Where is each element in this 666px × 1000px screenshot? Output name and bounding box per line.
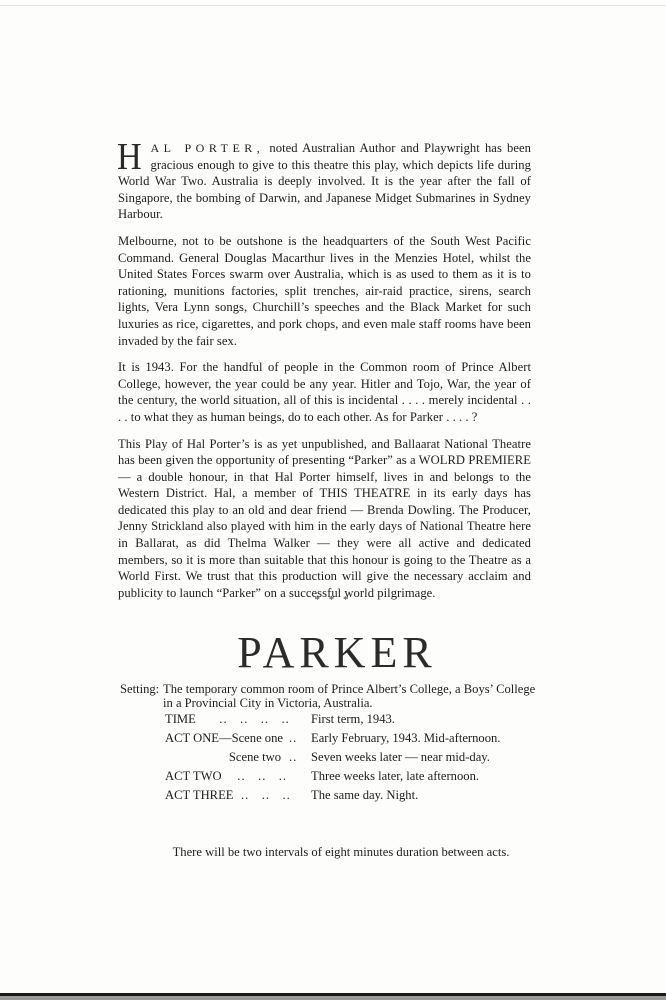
setting-label: Setting: [120,683,159,697]
schedule-value: First term, 1943. [311,711,395,727]
intro-paragraph-3: It is 1943. For the handful of people in… [118,359,531,425]
leader-dots: .. [289,730,297,746]
page-bottom-shadow [0,996,666,1000]
intervals-note: There will be two intervals of eight min… [0,845,666,860]
schedule-label: Scene two [165,749,281,765]
schedule-row-act-one-scene-two: Scene two .. Seven weeks later — near mi… [165,749,565,768]
intro-text-column: HAL PORTER, noted Australian Author and … [118,140,531,611]
leader-dots: .. .. .. [229,768,287,784]
author-name-spaced: AL PORTER, [151,141,265,155]
page-top-edge [0,5,666,6]
schedule-row-time: TIME .. .. .. .. First term, 1943. [165,711,565,730]
act-schedule: TIME .. .. .. .. First term, 1943. ACT O… [165,711,565,806]
schedule-row-act-three: ACT THREE .. .. .. The same day. Night. [165,787,565,806]
leader-dots: .. .. .. .. [211,711,290,727]
leader-dots: .. [289,749,297,765]
schedule-value: Seven weeks later — near mid-day. [311,749,490,765]
intro-paragraph-4: This Play of Hal Porter’s is as yet unpu… [118,436,531,602]
setting-block: Setting: The temporary common room of Pr… [120,683,540,710]
schedule-row-act-one-scene-one: ACT ONE—Scene one .. Early February, 194… [165,730,565,749]
leader-dots: .. .. .. [241,787,291,803]
setting-description: The temporary common room of Prince Albe… [163,683,540,710]
play-title: PARKER [0,628,666,678]
drop-cap-letter: H [117,143,142,171]
intro-paragraph-1: HAL PORTER, noted Australian Author and … [118,140,531,223]
schedule-row-act-two: ACT TWO .. .. .. Three weeks later, late… [165,768,565,787]
schedule-value: The same day. Night. [311,787,418,803]
schedule-value: Early February, 1943. Mid-afternoon. [311,730,500,746]
schedule-label: ACT ONE—Scene one [165,730,295,746]
section-separator: * * * [0,594,666,606]
schedule-value: Three weeks later, late afternoon. [311,768,479,784]
intro-paragraph-2: Melbourne, not to be outshone is the hea… [118,233,531,349]
